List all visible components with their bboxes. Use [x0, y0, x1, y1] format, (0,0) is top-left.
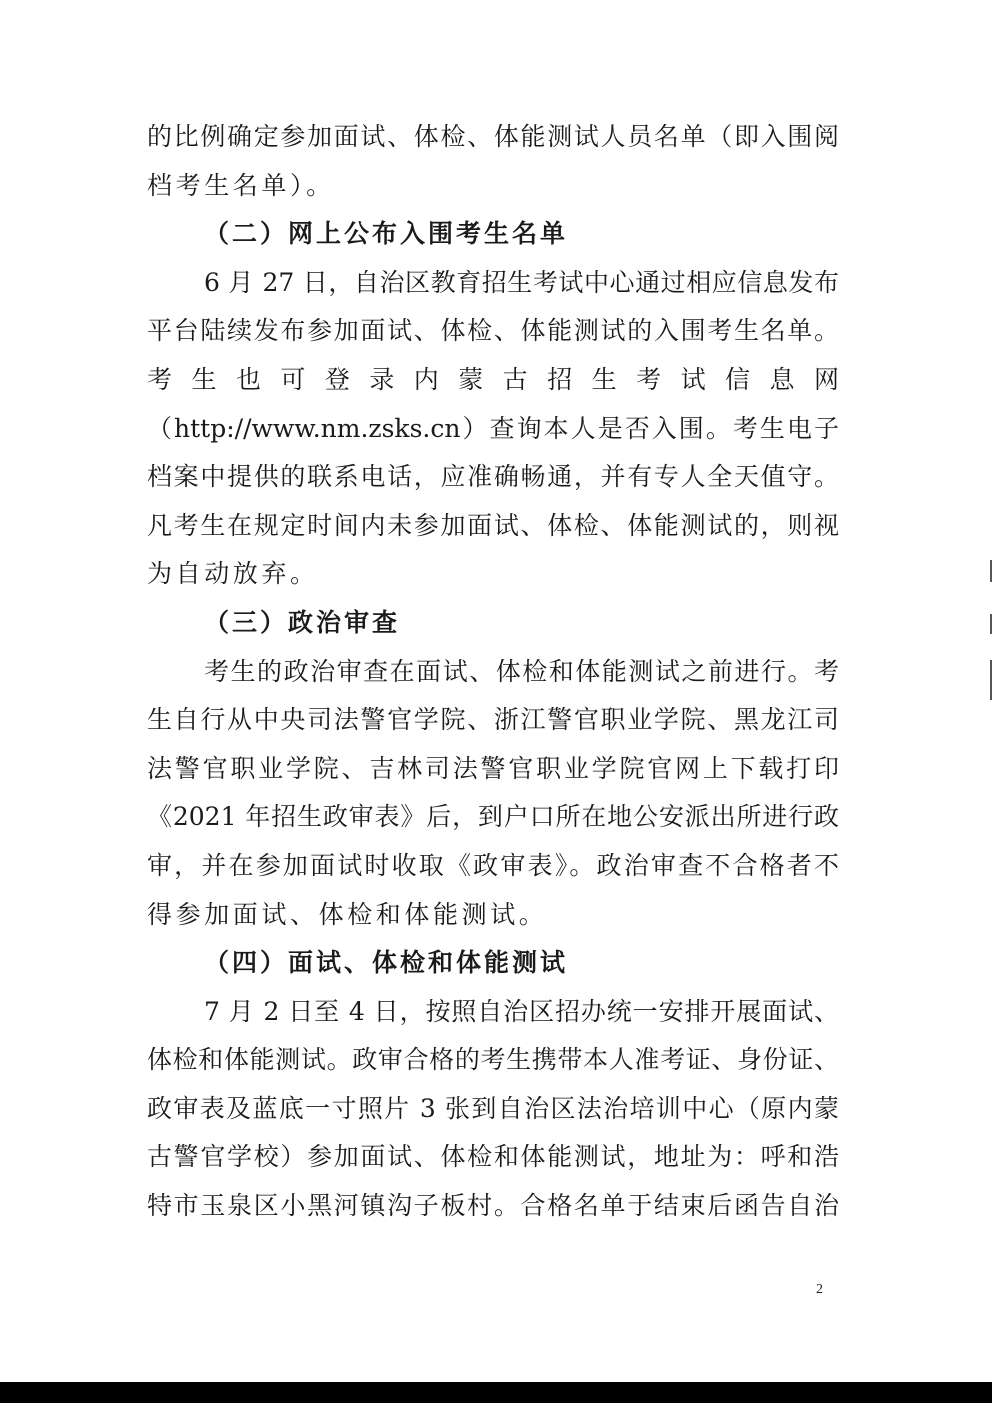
paragraph-line: （http://www.nm.zsks.cn）查询本人是否入围。考生电子	[147, 405, 839, 454]
paragraph-line: 政审表及蓝底一寸照片 3 张到自治区法治培训中心（原内蒙	[147, 1085, 839, 1134]
paragraph-line: 法警官职业学院、吉林司法警官职业学院官网上下载打印	[147, 745, 839, 794]
paragraph-line: 档案中提供的联系电话，应准确畅通，并有专人全天值守。	[147, 453, 839, 502]
section-heading: （三）政治审查	[147, 599, 839, 648]
paragraph-line: 生自行从中央司法警官学院、浙江警官职业学院、黑龙江司	[147, 696, 839, 745]
section-heading: （二）网上公布入围考生名单	[147, 210, 839, 259]
paragraph-first-line: 6 月 27 日，自治区教育招生考试中心通过相应信息发布	[147, 259, 839, 308]
paragraph-first-line: 考生的政治审查在面试、体检和体能测试之前进行。考	[147, 648, 839, 697]
scan-bottom-bar	[0, 1382, 992, 1403]
paragraph-line: 古警官学校）参加面试、体检和体能测试，地址为：呼和浩	[147, 1133, 839, 1182]
paragraph-line: 为自动放弃。	[147, 550, 839, 599]
section-heading: （四）面试、体检和体能测试	[147, 939, 839, 988]
document-page: 的比例确定参加面试、体检、体能测试人员名单（即入围阅档考生名单）。（二）网上公布…	[0, 0, 992, 1382]
document-body: 的比例确定参加面试、体检、体能测试人员名单（即入围阅档考生名单）。（二）网上公布…	[147, 113, 839, 1231]
paragraph-line: 得参加面试、体检和体能测试。	[147, 891, 839, 940]
paragraph-line: 考生也可登录内蒙古招生考试信息网	[147, 356, 839, 405]
paragraph-first-line: 7 月 2 日至 4 日，按照自治区招办统一安排开展面试、	[147, 988, 839, 1037]
paragraph-line: 平台陆续发布参加面试、体检、体能测试的入围考生名单。	[147, 307, 839, 356]
paragraph-line: 档考生名单）。	[147, 162, 839, 211]
page-number: 2	[816, 1282, 823, 1298]
paragraph-line: 特市玉泉区小黑河镇沟子板村。合格名单于结束后函告自治	[147, 1182, 839, 1231]
paragraph-line: 《2021 年招生政审表》后，到户口所在地公安派出所进行政	[147, 793, 839, 842]
paragraph-line: 的比例确定参加面试、体检、体能测试人员名单（即入围阅	[147, 113, 839, 162]
paragraph-line: 审，并在参加面试时收取《政审表》。政治审查不合格者不	[147, 842, 839, 891]
paragraph-line: 体检和体能测试。政审合格的考生携带本人准考证、身份证、	[147, 1036, 839, 1085]
paragraph-line: 凡考生在规定时间内未参加面试、体检、体能测试的，则视	[147, 502, 839, 551]
